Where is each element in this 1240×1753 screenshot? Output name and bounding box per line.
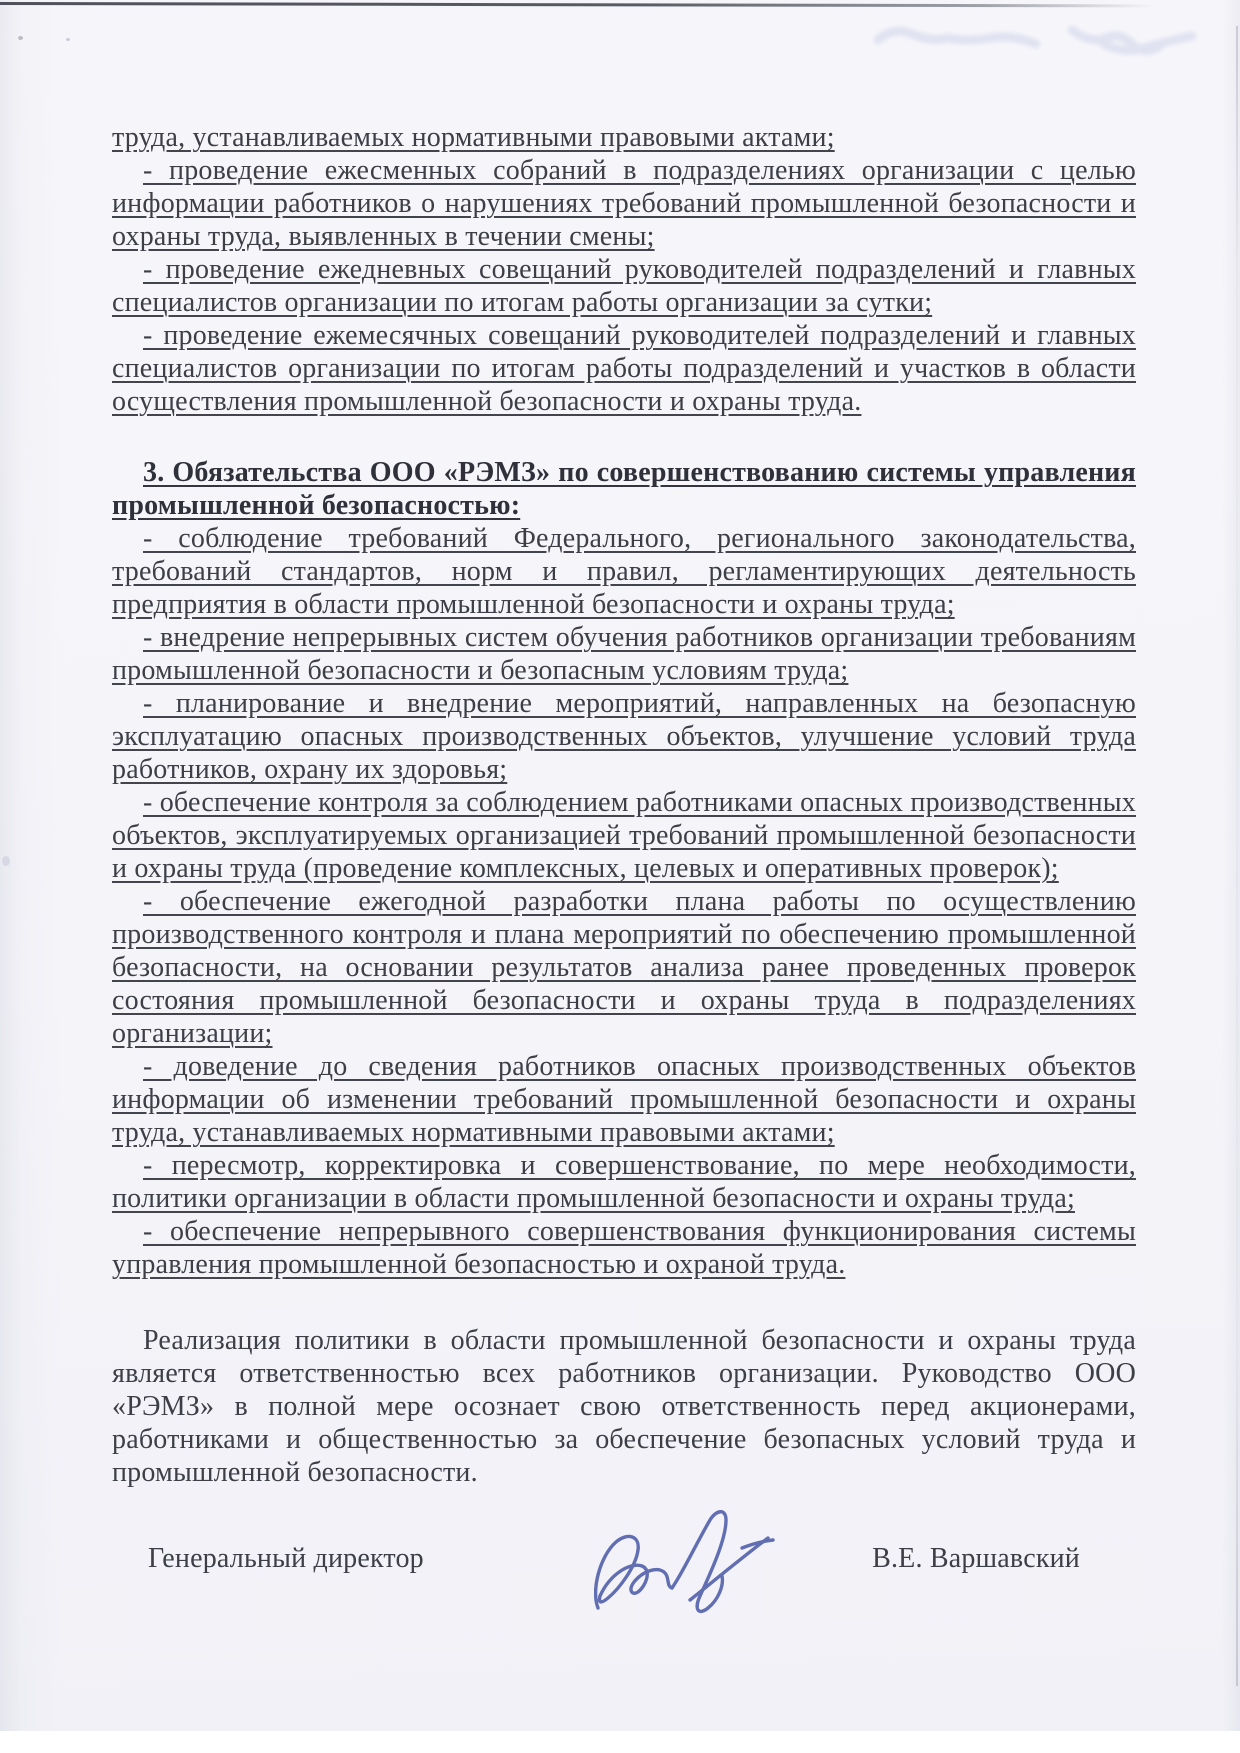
scanned-page: труда, устанавливаемых нормативными прав… — [0, 0, 1240, 1731]
closing-paragraph: Реализация политики в области промышленн… — [112, 1324, 1136, 1489]
paragraph-continuation: труда, устанавливаемых нормативными прав… — [112, 121, 1136, 154]
list-item: - проведение ежедневных совещаний руково… — [112, 253, 1136, 319]
signature-role-label: Генеральный директор — [148, 1542, 424, 1575]
list-item: - пересмотр, корректировка и совершенств… — [112, 1149, 1136, 1215]
list-item: - обеспечение ежегодной разработки плана… — [112, 885, 1136, 1050]
list-item: - внедрение непрерывных систем обучения … — [112, 621, 1136, 687]
list-item: - доведение до сведения работников опасн… — [112, 1050, 1136, 1149]
list-item: - планирование и внедрение мероприятий, … — [112, 687, 1136, 786]
list-item: - соблюдение требований Федерального, ре… — [112, 522, 1136, 621]
document-body: труда, устанавливаемых нормативными прав… — [0, 0, 1240, 1672]
handwritten-signature-icon — [594, 1504, 779, 1616]
list-item: - обеспечение непрерывного совершенствов… — [112, 1215, 1136, 1281]
section-heading: 3. Обязательства ООО «РЭМЗ» по совершенс… — [112, 456, 1136, 522]
signature-block: Генеральный директор В.Е. Варшавский — [112, 1542, 1136, 1672]
signee-name: В.Е. Варшавский — [872, 1542, 1080, 1575]
list-item: - проведение ежесменных собраний в подра… — [112, 154, 1136, 253]
list-item: - обеспечение контроля за соблюдением ра… — [112, 786, 1136, 885]
list-item: - проведение ежемесячных совещаний руков… — [112, 319, 1136, 418]
